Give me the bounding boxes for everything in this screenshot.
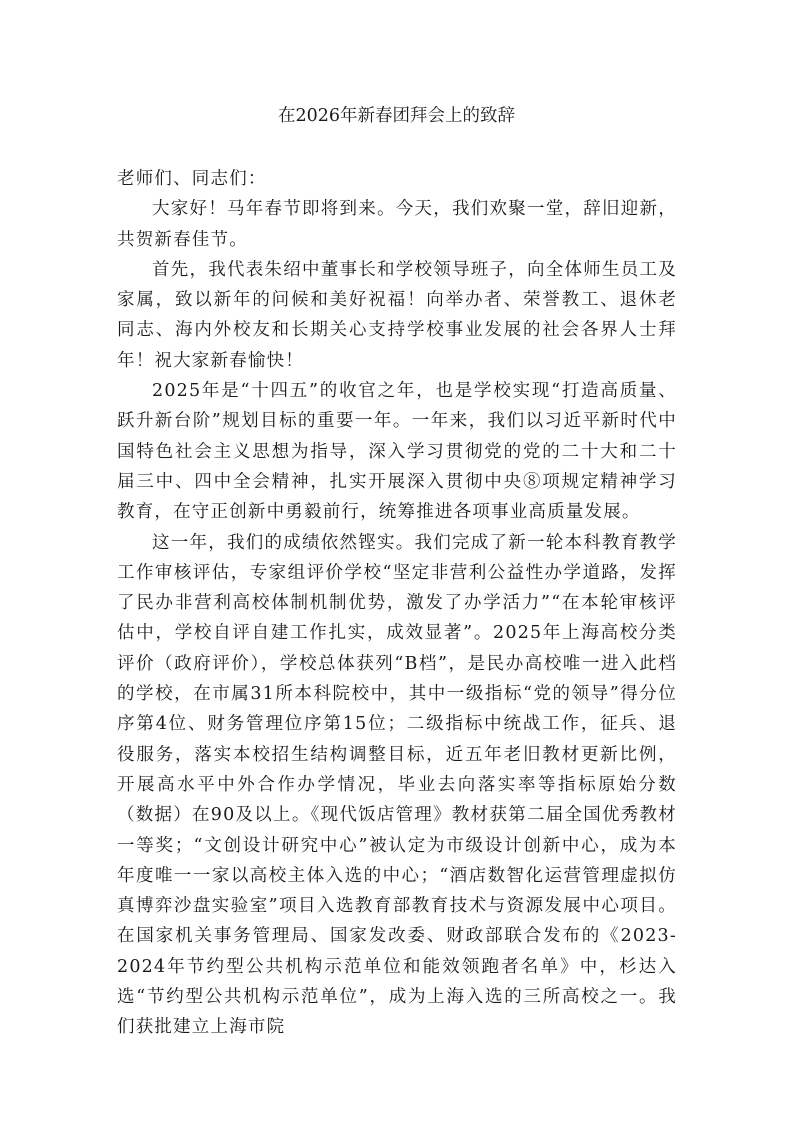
paragraph-greeting: 大家好！马年春节即将到来。今天，我们欢聚一堂，辞旧迎新，共贺新春佳节。: [117, 194, 677, 255]
document-body: 老师们、同志们： 大家好！马年春节即将到来。今天，我们欢聚一堂，辞旧迎新，共贺新…: [117, 164, 677, 1043]
paragraph-new-year-wishes: 首先，我代表朱绍中董事长和学校领导班子，向全体师生员工及家属，致以新年的问候和美…: [117, 255, 677, 376]
document-page: 在2026年新春团拜会上的致辞 老师们、同志们： 大家好！马年春节即将到来。今天…: [0, 0, 793, 1122]
document-title: 在2026年新春团拜会上的致辞: [0, 104, 793, 128]
salutation: 老师们、同志们：: [117, 164, 677, 194]
paragraph-achievements: 这一年，我们的成绩依然铿实。我们完成了新一轮本科教育教学工作审核评估，专家组评价…: [117, 528, 677, 1043]
paragraph-2025-overview: 2025年是“十四五”的收官之年，也是学校实现“打造高质量、跃升新台阶”规划目标…: [117, 376, 677, 527]
